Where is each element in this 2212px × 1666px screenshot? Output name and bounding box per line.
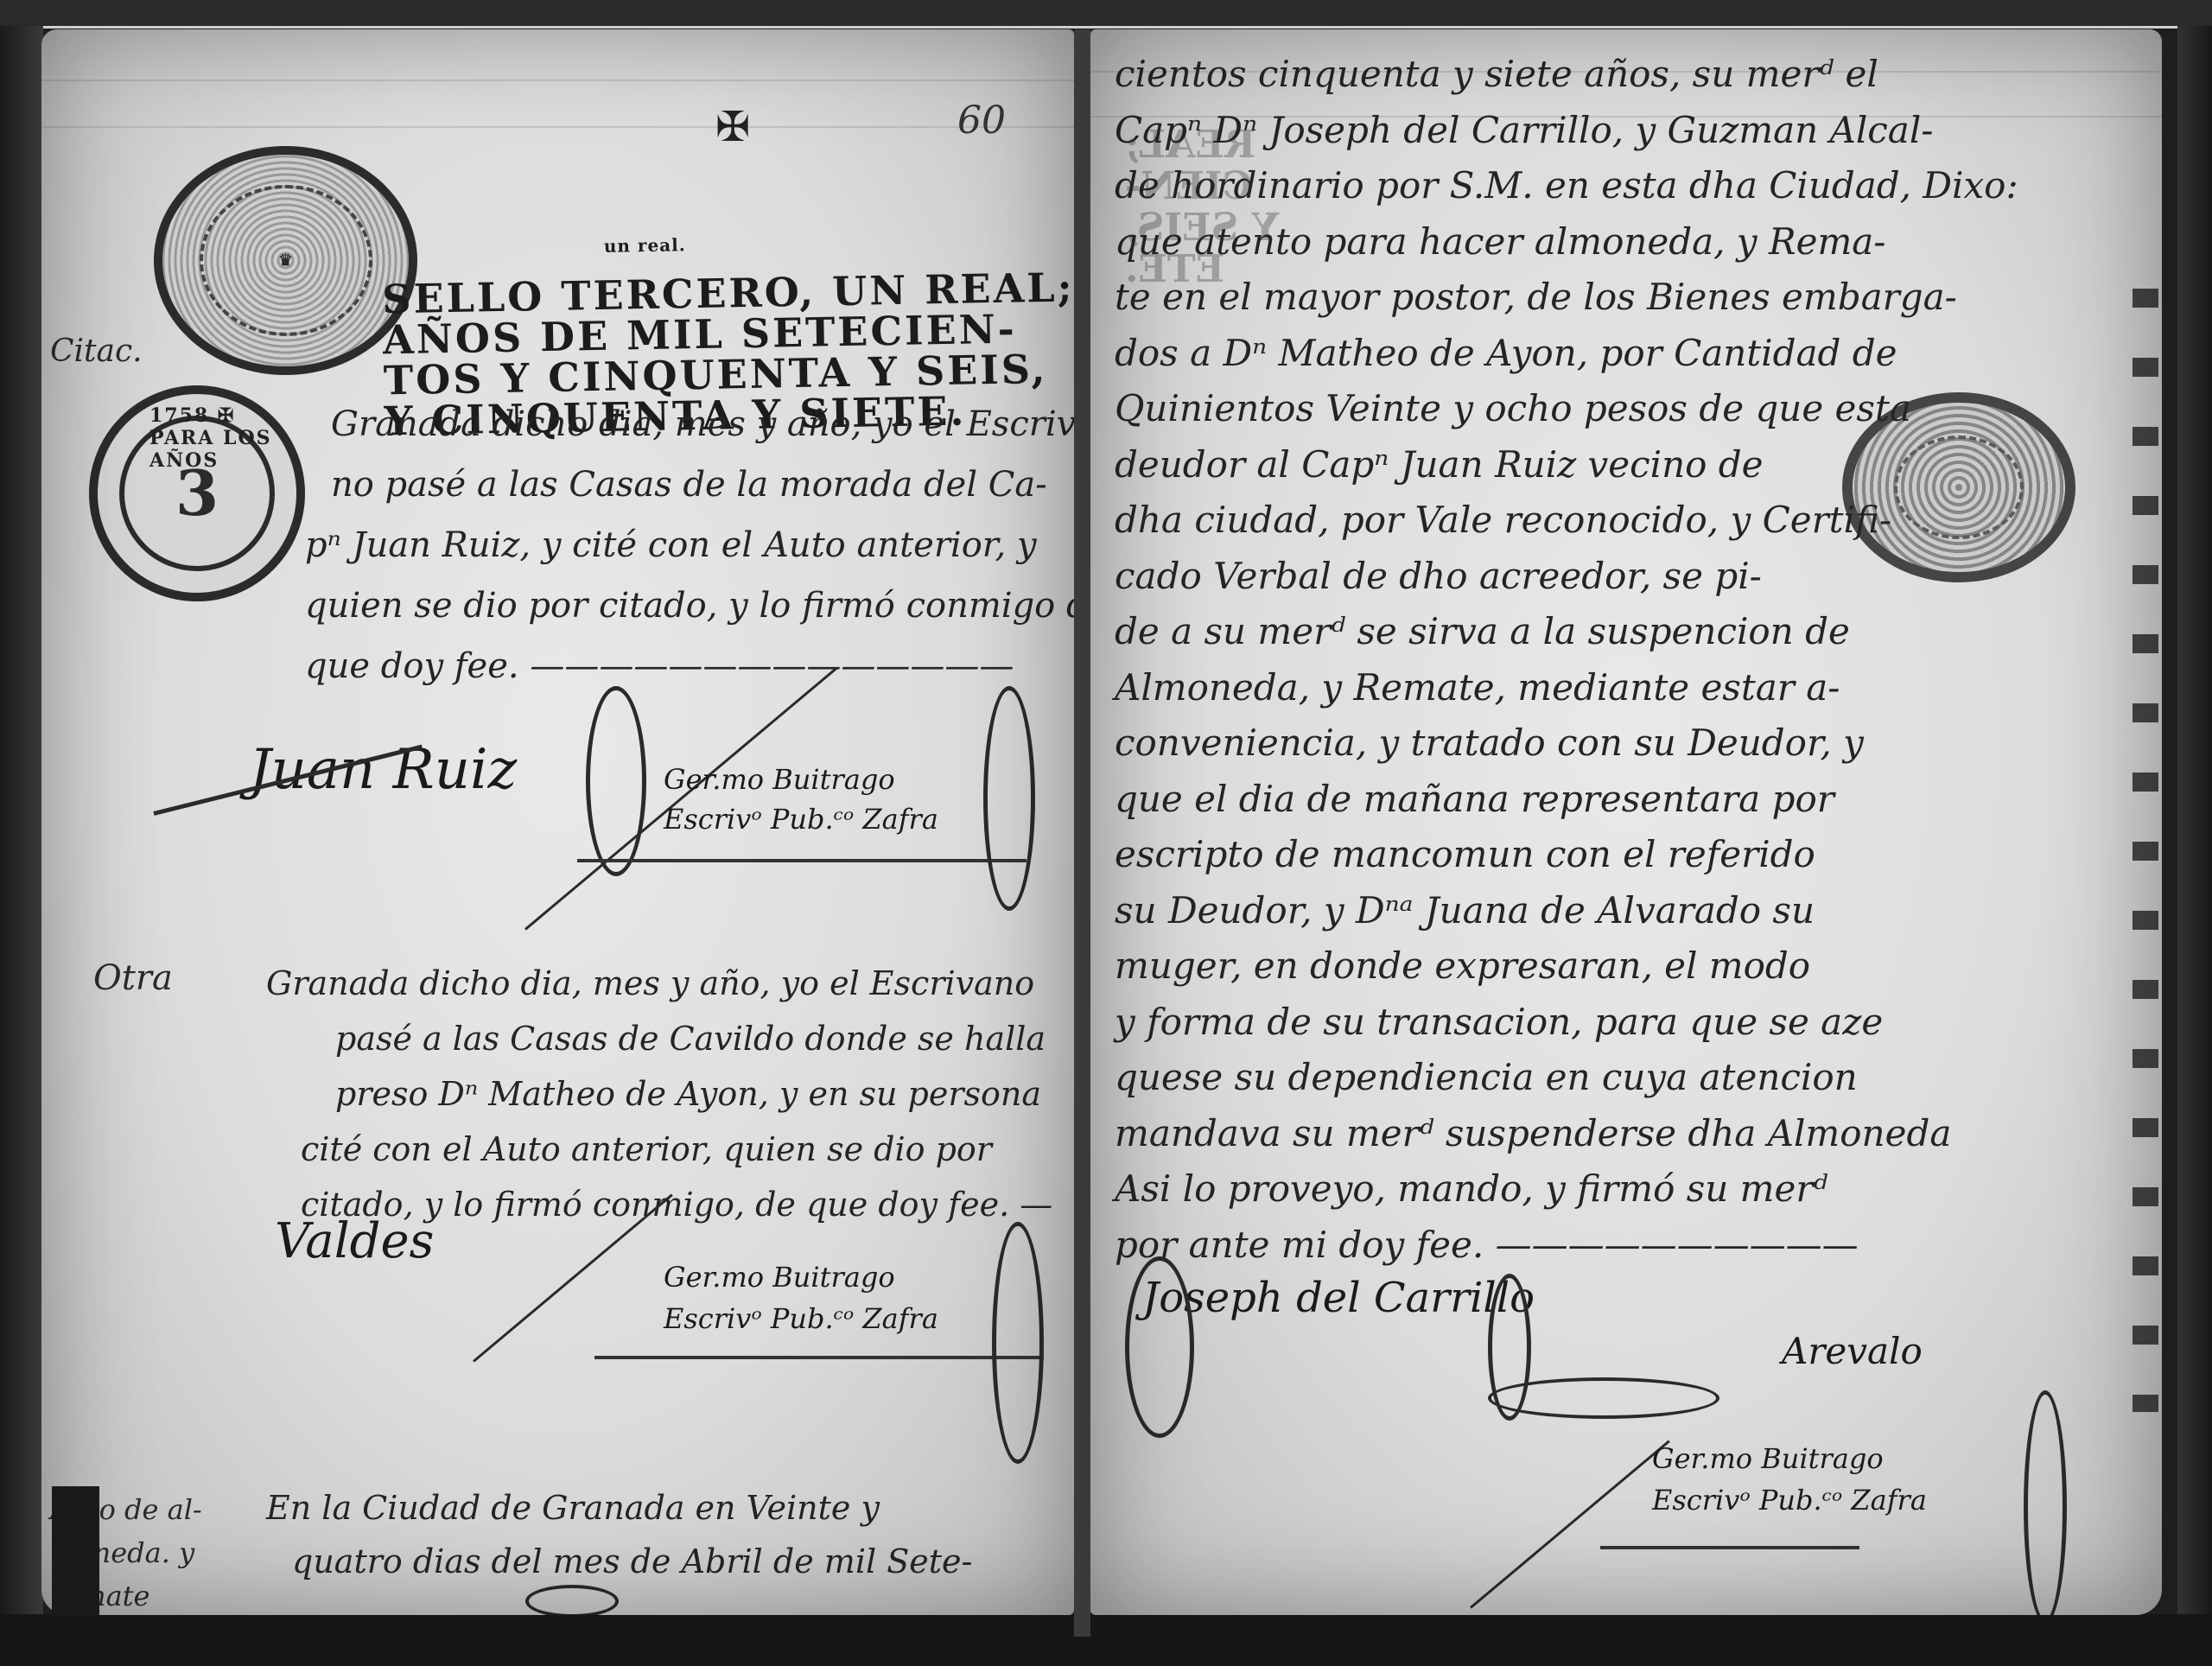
notary-signature-1: Ger.mo Buitrago Escrivᵒ Pub.ᶜᵒ Zafra	[664, 760, 938, 839]
fiscal-stamp-ring-text: 1758 ✠ PARA LOS AÑOS	[149, 404, 296, 472]
text-line: quese su dependiencia en cuya atencion	[1115, 1050, 2018, 1106]
text-line: Quinientos Veinte y ocho pesos de que es…	[1115, 381, 2018, 437]
text-line: cientos cinquenta y siete años, su merᵈ …	[1115, 47, 2018, 103]
paragraph-citation-2: Granada dicho dia, mes y año, yo el Escr…	[266, 956, 1052, 1232]
text-line: muger, en donde expresaran, el modo	[1115, 938, 2018, 995]
notary-name: Ger.mo Buitrago	[664, 760, 938, 799]
text-line: conveniencia, y tratado con su Deudor, y	[1115, 715, 2018, 772]
text-line: Almoneda, y Remate, mediante estar a-	[1115, 660, 2018, 716]
text-line: de hordinario por S.M. en esta dha Ciuda…	[1115, 158, 2018, 214]
text-line: no pasé a las Casas de la morada del Ca-	[331, 455, 1074, 515]
text-line: pⁿ Juan Ruiz, y cité con el Auto anterio…	[305, 515, 1074, 575]
scan-frame-top	[0, 0, 2212, 29]
underline	[577, 859, 1027, 862]
signature-stroke	[1470, 1440, 1670, 1609]
paragraph-auto: En la Ciudad de Granada en Veinte y quat…	[266, 1481, 972, 1588]
notary-signature-2: Ger.mo Buitrago Escrivᵒ Pub.ᶜᵒ Zafra	[664, 1256, 938, 1339]
text-line: cado Verbal de dho acreedor, se pi-	[1115, 549, 2018, 605]
scan-frame-left	[0, 26, 43, 1625]
text-line: pasé a las Casas de Cavildo donde se hal…	[335, 1011, 1052, 1066]
text-line: que atento para hacer almoneda, y Rema-	[1115, 214, 2018, 270]
text-line: dos a Dⁿ Matheo de Ayon, por Cantidad de	[1115, 326, 2018, 382]
signature-rubric	[1125, 1256, 1194, 1438]
signature-valdes: Valdes	[275, 1213, 434, 1269]
notary-name: Ger.mo Buitrago	[664, 1256, 938, 1298]
scan-frame-right	[2177, 26, 2212, 1625]
text-line: quatro dias del mes de Abril de mil Sete…	[292, 1535, 972, 1588]
underline	[1600, 1546, 1859, 1549]
notary-rubric	[983, 686, 1035, 911]
notary-title: Escrivᵒ Pub.ᶜᵒ Zafra	[664, 799, 938, 839]
signature-juan-ruiz: Juan Ruiz	[249, 738, 517, 802]
text-line: quien se dio por citado, y lo firmó conm…	[305, 575, 1074, 636]
text-line: escripto de mancomun con el referido	[1115, 827, 2018, 883]
page-edge-shadow	[52, 1486, 99, 1616]
right-page: REAL; CIEN- Y SEIS, ETE. cientos cinquen…	[1090, 29, 2162, 1615]
text-line: te en el mayor postor, de los Bienes emb…	[1115, 270, 2018, 326]
folio-number: 60	[957, 99, 1006, 143]
paragraph-auto-continued: cientos cinquenta y siete años, su merᵈ …	[1115, 47, 2018, 1273]
signature-arevalo: Arevalo	[1782, 1330, 1923, 1372]
ruled-line	[41, 79, 1074, 81]
text-line: cité con el Auto anterior, quien se dio …	[301, 1122, 1052, 1177]
cross-icon: ✠	[715, 103, 750, 151]
signature-rubric	[586, 686, 646, 876]
text-line: por ante mi doy fee. ——————————	[1115, 1218, 2018, 1274]
text-line: de a su merᵈ se sirva a la suspencion de	[1115, 604, 2018, 660]
notary-name: Ger.mo Buitrago	[1652, 1438, 1927, 1479]
paragraph-citation-1: Granada dicho dia, mes y año, yo el Escr…	[331, 394, 1074, 696]
text-line: mandava su merᵈ suspenderse dha Almoneda	[1115, 1106, 2018, 1162]
text-line: Granada dicho dia, mes y año, yo el Escr…	[331, 394, 1074, 455]
text-line: que doy fee. ——————————————	[305, 636, 1074, 696]
text-line: su Deudor, y Dⁿᵃ Juana de Alvarado su	[1115, 883, 2018, 939]
text-line: y forma de su transacion, para que se az…	[1115, 995, 2018, 1051]
text-line: Capⁿ Dⁿ Joseph del Carrillo, y Guzman Al…	[1115, 103, 2018, 159]
margin-note-citacion: Citac.	[50, 334, 143, 369]
signature-loop	[1488, 1377, 1719, 1419]
text-line: deudor al Capⁿ Juan Ruiz vecino de	[1115, 437, 2018, 493]
notary-rubric	[992, 1222, 1044, 1464]
notary-title: Escrivᵒ Pub.ᶜᵒ Zafra	[664, 1298, 938, 1339]
ruled-line	[41, 126, 1074, 128]
left-page: ✠ 60 ♛ un real. SELLO TERCERO, UN REAL; …	[41, 29, 1074, 1615]
text-line: que el dia de mañana representara por	[1115, 772, 2018, 828]
text-line: dha ciudad, por Vale reconocido, y Certi…	[1115, 493, 2018, 549]
notary-rubric	[2024, 1390, 2067, 1615]
text-line: Granada dicho dia, mes y año, yo el Escr…	[266, 956, 1052, 1011]
closing-flourish	[525, 1585, 619, 1615]
margin-note-otra: Otra	[93, 958, 173, 998]
notary-title: Escrivᵒ Pub.ᶜᵒ Zafra	[1652, 1479, 1927, 1521]
signature-joseph-del-carrillo: Joseph del Carrillo	[1142, 1274, 1535, 1322]
notary-signature-right: Ger.mo Buitrago Escrivᵒ Pub.ᶜᵒ Zafra	[1652, 1438, 1927, 1521]
text-line: preso Dⁿ Matheo de Ayon, y en su persona	[335, 1066, 1052, 1122]
scan-frame-bottom	[0, 1614, 2212, 1666]
page-edge-marks	[2133, 289, 2158, 1412]
fiscal-stamp-1758: 3 1758 ✠ PARA LOS AÑOS	[89, 385, 305, 601]
text-line: Asi lo proveyo, mando, y firmó su merᵈ	[1115, 1161, 2018, 1218]
text-line: En la Ciudad de Granada en Veinte y	[266, 1481, 972, 1535]
underline	[594, 1356, 1044, 1359]
book-gutter	[1074, 29, 1090, 1637]
